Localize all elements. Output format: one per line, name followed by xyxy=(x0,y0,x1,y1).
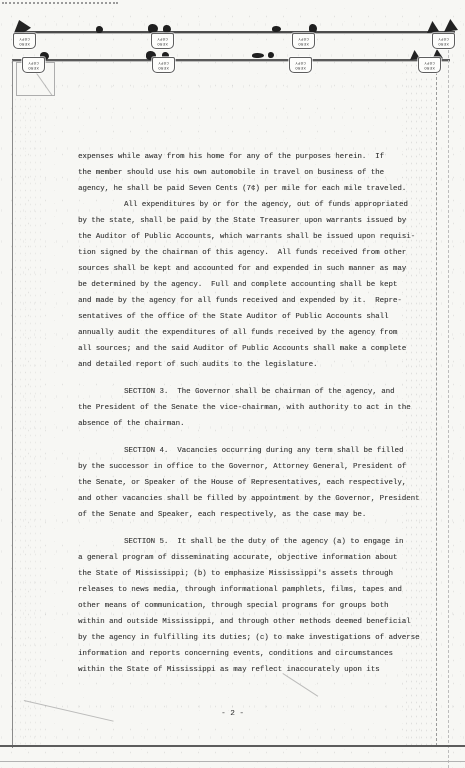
ink-blob xyxy=(272,26,281,32)
text-line: within and outside Mississippi, and thro… xyxy=(78,614,416,630)
text-line: agency, he shall be paid Seven Cents (7¢… xyxy=(78,181,416,197)
xero-copy-tab: XEROCOPY xyxy=(13,33,36,49)
text-line: the Auditor of Public Accounts, which wa… xyxy=(78,229,416,245)
text-line: SECTION 5. It shall be the duty of the a… xyxy=(78,534,416,550)
scan-right-edge-line xyxy=(448,40,449,768)
xero-copy-tab: XEROCOPY xyxy=(151,33,174,49)
paragraph: SECTION 5. It shall be the duty of the a… xyxy=(78,534,416,678)
bottom-scan-line-faint xyxy=(0,761,465,762)
text-line: and detailed report of such audits to th… xyxy=(78,357,416,373)
xero-copy-tab: XEROCOPY xyxy=(152,57,175,73)
paragraph: All expenditures by or for the agency, o… xyxy=(78,197,416,373)
tab-watermark-text: XEROCOPY xyxy=(157,36,168,45)
xero-copy-tab: XEROCOPY xyxy=(418,57,441,73)
ink-blob xyxy=(96,26,103,33)
text-line: and other vacancies shall be filled by a… xyxy=(78,491,416,507)
xero-copy-tab: XEROCOPY xyxy=(292,33,315,49)
text-line: other means of communication, through sp… xyxy=(78,598,416,614)
text-line: the Senate, or Speaker of the House of R… xyxy=(78,475,416,491)
text-line: a general program of disseminating accur… xyxy=(78,550,416,566)
ink-blob xyxy=(268,52,274,58)
tab-watermark-text: XEROCOPY xyxy=(438,36,449,45)
text-line: sentatives of the office of the State Au… xyxy=(78,309,416,325)
page-right-edge-line xyxy=(436,62,437,746)
text-line: be determined by the agency. Full and co… xyxy=(78,277,416,293)
ink-blob xyxy=(148,24,158,33)
text-line: of the Senate and Speaker, each respecti… xyxy=(78,507,416,523)
xero-copy-tab: XEROCOPY xyxy=(289,57,312,73)
text-line: within the State of Mississippi as may r… xyxy=(78,662,416,678)
text-body: expenses while away from his home for an… xyxy=(78,149,416,678)
text-line: expenses while away from his home for an… xyxy=(78,149,416,165)
scan-noise xyxy=(13,96,43,745)
text-line: All expenditures by or for the agency, o… xyxy=(78,197,416,213)
ink-blob xyxy=(309,24,317,33)
paragraph: SECTION 4. Vacancies occurring during an… xyxy=(78,443,416,523)
text-line: the State of Mississippi; (b) to emphasi… xyxy=(78,566,416,582)
text-line: sources shall be kept and accounted for … xyxy=(78,261,416,277)
text-line: all sources; and the said Auditor of Pub… xyxy=(78,341,416,357)
ink-blob xyxy=(252,53,264,58)
tab-watermark-text: XEROCOPY xyxy=(158,60,169,69)
text-line: SECTION 3. The Governor shall be chairma… xyxy=(78,384,416,400)
text-line: by the state, shall be paid by the State… xyxy=(78,213,416,229)
bottom-scan-line xyxy=(0,745,465,747)
text-line: SECTION 4. Vacancies occurring during an… xyxy=(78,443,416,459)
ink-blob xyxy=(444,19,458,32)
text-line: absence of the chairman. xyxy=(78,416,416,432)
paragraph: expenses while away from his home for an… xyxy=(78,149,416,197)
copy-edge-line-top xyxy=(18,31,455,33)
tab-watermark-text: XEROCOPY xyxy=(424,60,435,69)
text-line: and made by the agency for all funds rec… xyxy=(78,293,416,309)
text-line: by the successor in office to the Govern… xyxy=(78,459,416,475)
text-line: information and reports concerning event… xyxy=(78,646,416,662)
xero-copy-tab: XEROCOPY xyxy=(22,57,45,73)
tab-watermark-text: XEROCOPY xyxy=(295,60,306,69)
scan-page: XEROCOPY XEROCOPY XEROCOPY XEROCOPY XERO… xyxy=(0,0,465,768)
text-line: tion signed by the chairman of this agen… xyxy=(78,245,416,261)
text-line: by the agency in fulfilling its duties; … xyxy=(78,630,416,646)
copy-edge-line-inner xyxy=(12,59,450,61)
tab-watermark-text: XEROCOPY xyxy=(19,36,30,45)
ink-blob xyxy=(427,21,439,33)
text-line: the member should use his own automobile… xyxy=(78,165,416,181)
perforation-dots xyxy=(2,2,118,4)
paragraph: SECTION 3. The Governor shall be chairma… xyxy=(78,384,416,432)
text-line: annually audit the expenditures of all f… xyxy=(78,325,416,341)
ink-blob xyxy=(163,25,171,33)
tab-watermark-text: XEROCOPY xyxy=(28,60,39,69)
xero-copy-tab: XEROCOPY xyxy=(432,33,455,49)
text-line: the President of the Senate the vice-cha… xyxy=(78,400,416,416)
text-line: releases to news media, through informat… xyxy=(78,582,416,598)
tab-watermark-text: XEROCOPY xyxy=(298,36,309,45)
page-number: - 2 - xyxy=(0,710,465,718)
